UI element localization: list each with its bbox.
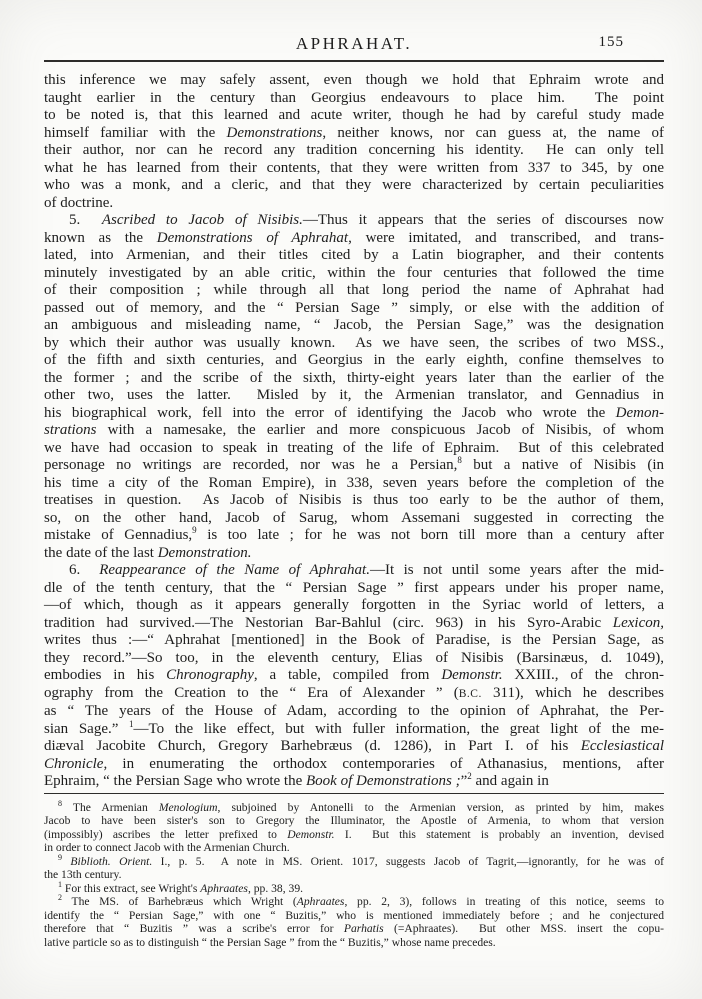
footnote-reference: 1 bbox=[129, 719, 134, 729]
body-text: this inference we may safely assent, eve… bbox=[44, 72, 664, 791]
footnote-reference: 9 bbox=[192, 525, 197, 535]
paragraph: 2 The MS. of Barhebræus which Wright (Ap… bbox=[44, 895, 664, 949]
text-line: embodies in his Chronography, a table, c… bbox=[44, 667, 664, 685]
styled-text: Chronography bbox=[166, 667, 254, 683]
paragraph: 5. Ascribed to Jacob of Nisibis.—Thus it… bbox=[44, 212, 664, 562]
styled-text: Ascribed to Jacob of Nisibis. bbox=[102, 212, 303, 228]
text-line: taught earlier in the century than Georg… bbox=[44, 90, 664, 108]
paragraph: 1 For this extract, see Wright's Aphraat… bbox=[44, 882, 664, 896]
text-line: lated, into Armenian, and their titles c… bbox=[44, 247, 664, 265]
text-line: 2 The MS. of Barhebræus which Wright (Ap… bbox=[44, 895, 664, 909]
text-line: his biographical work, fell into the err… bbox=[44, 405, 664, 423]
footnotes: 8 The Armenian Menologium, subjoined by … bbox=[44, 801, 664, 950]
styled-text: B.C. bbox=[459, 688, 482, 700]
text-line: of doctrine. bbox=[44, 195, 664, 213]
text-line: his time a city of the Roman Empire), in… bbox=[44, 475, 664, 493]
text-line: mistake of Gennadius,9 is too late ; for… bbox=[44, 527, 664, 545]
text-line: strations with a namesake, the earlier a… bbox=[44, 422, 664, 440]
text-line: Chronicle, in enumerating the orthodox c… bbox=[44, 756, 664, 774]
text-line: 6. Reappearance of the Name of Aphrahat.… bbox=[44, 562, 664, 580]
text-line: ography from the Creation to the “ Era o… bbox=[44, 685, 664, 704]
text-line: passed out of memory, and the “ Persian … bbox=[44, 300, 664, 318]
text-line: 1 For this extract, see Wright's Aphraat… bbox=[44, 882, 664, 896]
text-line: by which their author was usually known.… bbox=[44, 335, 664, 353]
text-line: (impossibly) ascribes the letter prefixe… bbox=[44, 828, 664, 842]
text-line: we have had occasion to speak in treatin… bbox=[44, 440, 664, 458]
footnote-reference: 2 bbox=[467, 771, 472, 781]
paragraph: 9 Biblioth. Orient. I., p. 5. A note in … bbox=[44, 855, 664, 882]
text-line: 5. Ascribed to Jacob of Nisibis.—Thus it… bbox=[44, 212, 664, 230]
text-line: what he has learned from their contents,… bbox=[44, 160, 664, 178]
text-line: sian Sage.” 1—To the like effect, but wi… bbox=[44, 721, 664, 739]
footnote-reference: 1 bbox=[58, 880, 62, 889]
paragraph: 6. Reappearance of the Name of Aphrahat.… bbox=[44, 562, 664, 791]
text-line: personage no writings are recorded, nor … bbox=[44, 457, 664, 475]
text-line: who was a monk, and a cleric, and that t… bbox=[44, 177, 664, 195]
text-line: —of which, though as it appears generall… bbox=[44, 597, 664, 615]
styled-text: Ecclesiastical bbox=[581, 738, 664, 754]
styled-text: Demon- bbox=[616, 405, 664, 421]
text-line: known as the Demonstrations of Aphrahat,… bbox=[44, 230, 664, 248]
text-line: Jacob to have been sister's son to Grego… bbox=[44, 814, 664, 828]
paragraph: 8 The Armenian Menologium, subjoined by … bbox=[44, 801, 664, 855]
footnote-reference: 9 bbox=[58, 853, 62, 862]
styled-text: Lexicon, bbox=[613, 615, 664, 631]
styled-text: Aphraates bbox=[297, 895, 345, 908]
styled-text: Demonstr. bbox=[287, 828, 334, 841]
styled-text: Demonstrations bbox=[227, 125, 323, 141]
text-line: lative particle so as to distinguish “ t… bbox=[44, 936, 664, 950]
text-line: treatises in question. As Jacob of Nisib… bbox=[44, 492, 664, 510]
footnote-reference: 8 bbox=[457, 455, 462, 465]
text-line: minutely investigated by an able critic,… bbox=[44, 265, 664, 283]
text-line: so, on the other hand, Jacob of Sarug, w… bbox=[44, 510, 664, 528]
book-page: APHRAHAT. 155 this inference we may safe… bbox=[0, 0, 702, 999]
styled-text: Reappearance of the Name of Aphrahat. bbox=[99, 562, 370, 578]
text-line: Ephraim, “ the Persian Sage who wrote th… bbox=[44, 773, 664, 791]
text-line: 8 The Armenian Menologium, subjoined by … bbox=[44, 801, 664, 815]
text-line: identify the “ Persian Sage,” with one “… bbox=[44, 909, 664, 923]
text-line: other two, uses the latter. Misled by it… bbox=[44, 387, 664, 405]
page-number: 155 bbox=[599, 34, 625, 51]
text-line: himself familiar with the Demonstrations… bbox=[44, 125, 664, 143]
footnote-separator bbox=[44, 793, 664, 794]
text-line: diæval Jacobite Church, Gregory Barhebræ… bbox=[44, 738, 664, 756]
styled-text: Demonstr. bbox=[441, 667, 502, 683]
text-line: to be noted is, that this learned and ac… bbox=[44, 107, 664, 125]
text-line: this inference we may safely assent, eve… bbox=[44, 72, 664, 90]
text-line: of the fifth and sixth centuries, and Ge… bbox=[44, 352, 664, 370]
text-line: the 13th century. bbox=[44, 868, 664, 882]
styled-text: Aphraates bbox=[200, 882, 248, 895]
header-rule bbox=[44, 60, 664, 62]
text-line: tradition had survived.—The Nestorian Ba… bbox=[44, 615, 664, 633]
text-line: of their composition ; while through all… bbox=[44, 282, 664, 300]
text-line: 9 Biblioth. Orient. I., p. 5. A note in … bbox=[44, 855, 664, 869]
text-line: the former ; and the scribe of the sixth… bbox=[44, 370, 664, 388]
paragraph: this inference we may safely assent, eve… bbox=[44, 72, 664, 212]
styled-text: Parhatis bbox=[344, 922, 384, 935]
text-line: therefore that “ Buzitis ” was a scribe'… bbox=[44, 922, 664, 936]
styled-text: Demonstration. bbox=[158, 545, 252, 561]
running-head: APHRAHAT. 155 bbox=[44, 33, 664, 55]
styled-text: Book of Demonstrations ; bbox=[306, 773, 461, 789]
styled-text: strations bbox=[44, 422, 97, 438]
footnote-reference: 2 bbox=[58, 893, 62, 902]
styled-text: Chronicle bbox=[44, 756, 103, 772]
styled-text: Menologium bbox=[159, 801, 218, 814]
text-line: in order to connect Jacob with the Armen… bbox=[44, 841, 664, 855]
text-line: an ambiguous and misleading name, “ Jaco… bbox=[44, 317, 664, 335]
text-line: the date of the last Demonstration. bbox=[44, 545, 664, 563]
text-line: as “ The years of the House of Adam, acc… bbox=[44, 703, 664, 721]
page-title: APHRAHAT. bbox=[44, 33, 664, 55]
text-line: they record.”—So too, in the eleventh ce… bbox=[44, 650, 664, 668]
text-line: writes thus :—“ Aphrahat [mentioned] in … bbox=[44, 632, 664, 650]
styled-text: Biblioth. Orient. bbox=[70, 855, 152, 868]
page-content: APHRAHAT. 155 this inference we may safe… bbox=[44, 33, 664, 949]
text-line: their author, nor can he record any trad… bbox=[44, 142, 664, 160]
styled-text: Demonstrations of Aphrahat bbox=[157, 230, 348, 246]
text-line: dle of the tenth century, that the “ Per… bbox=[44, 580, 664, 598]
footnote-reference: 8 bbox=[58, 799, 62, 808]
